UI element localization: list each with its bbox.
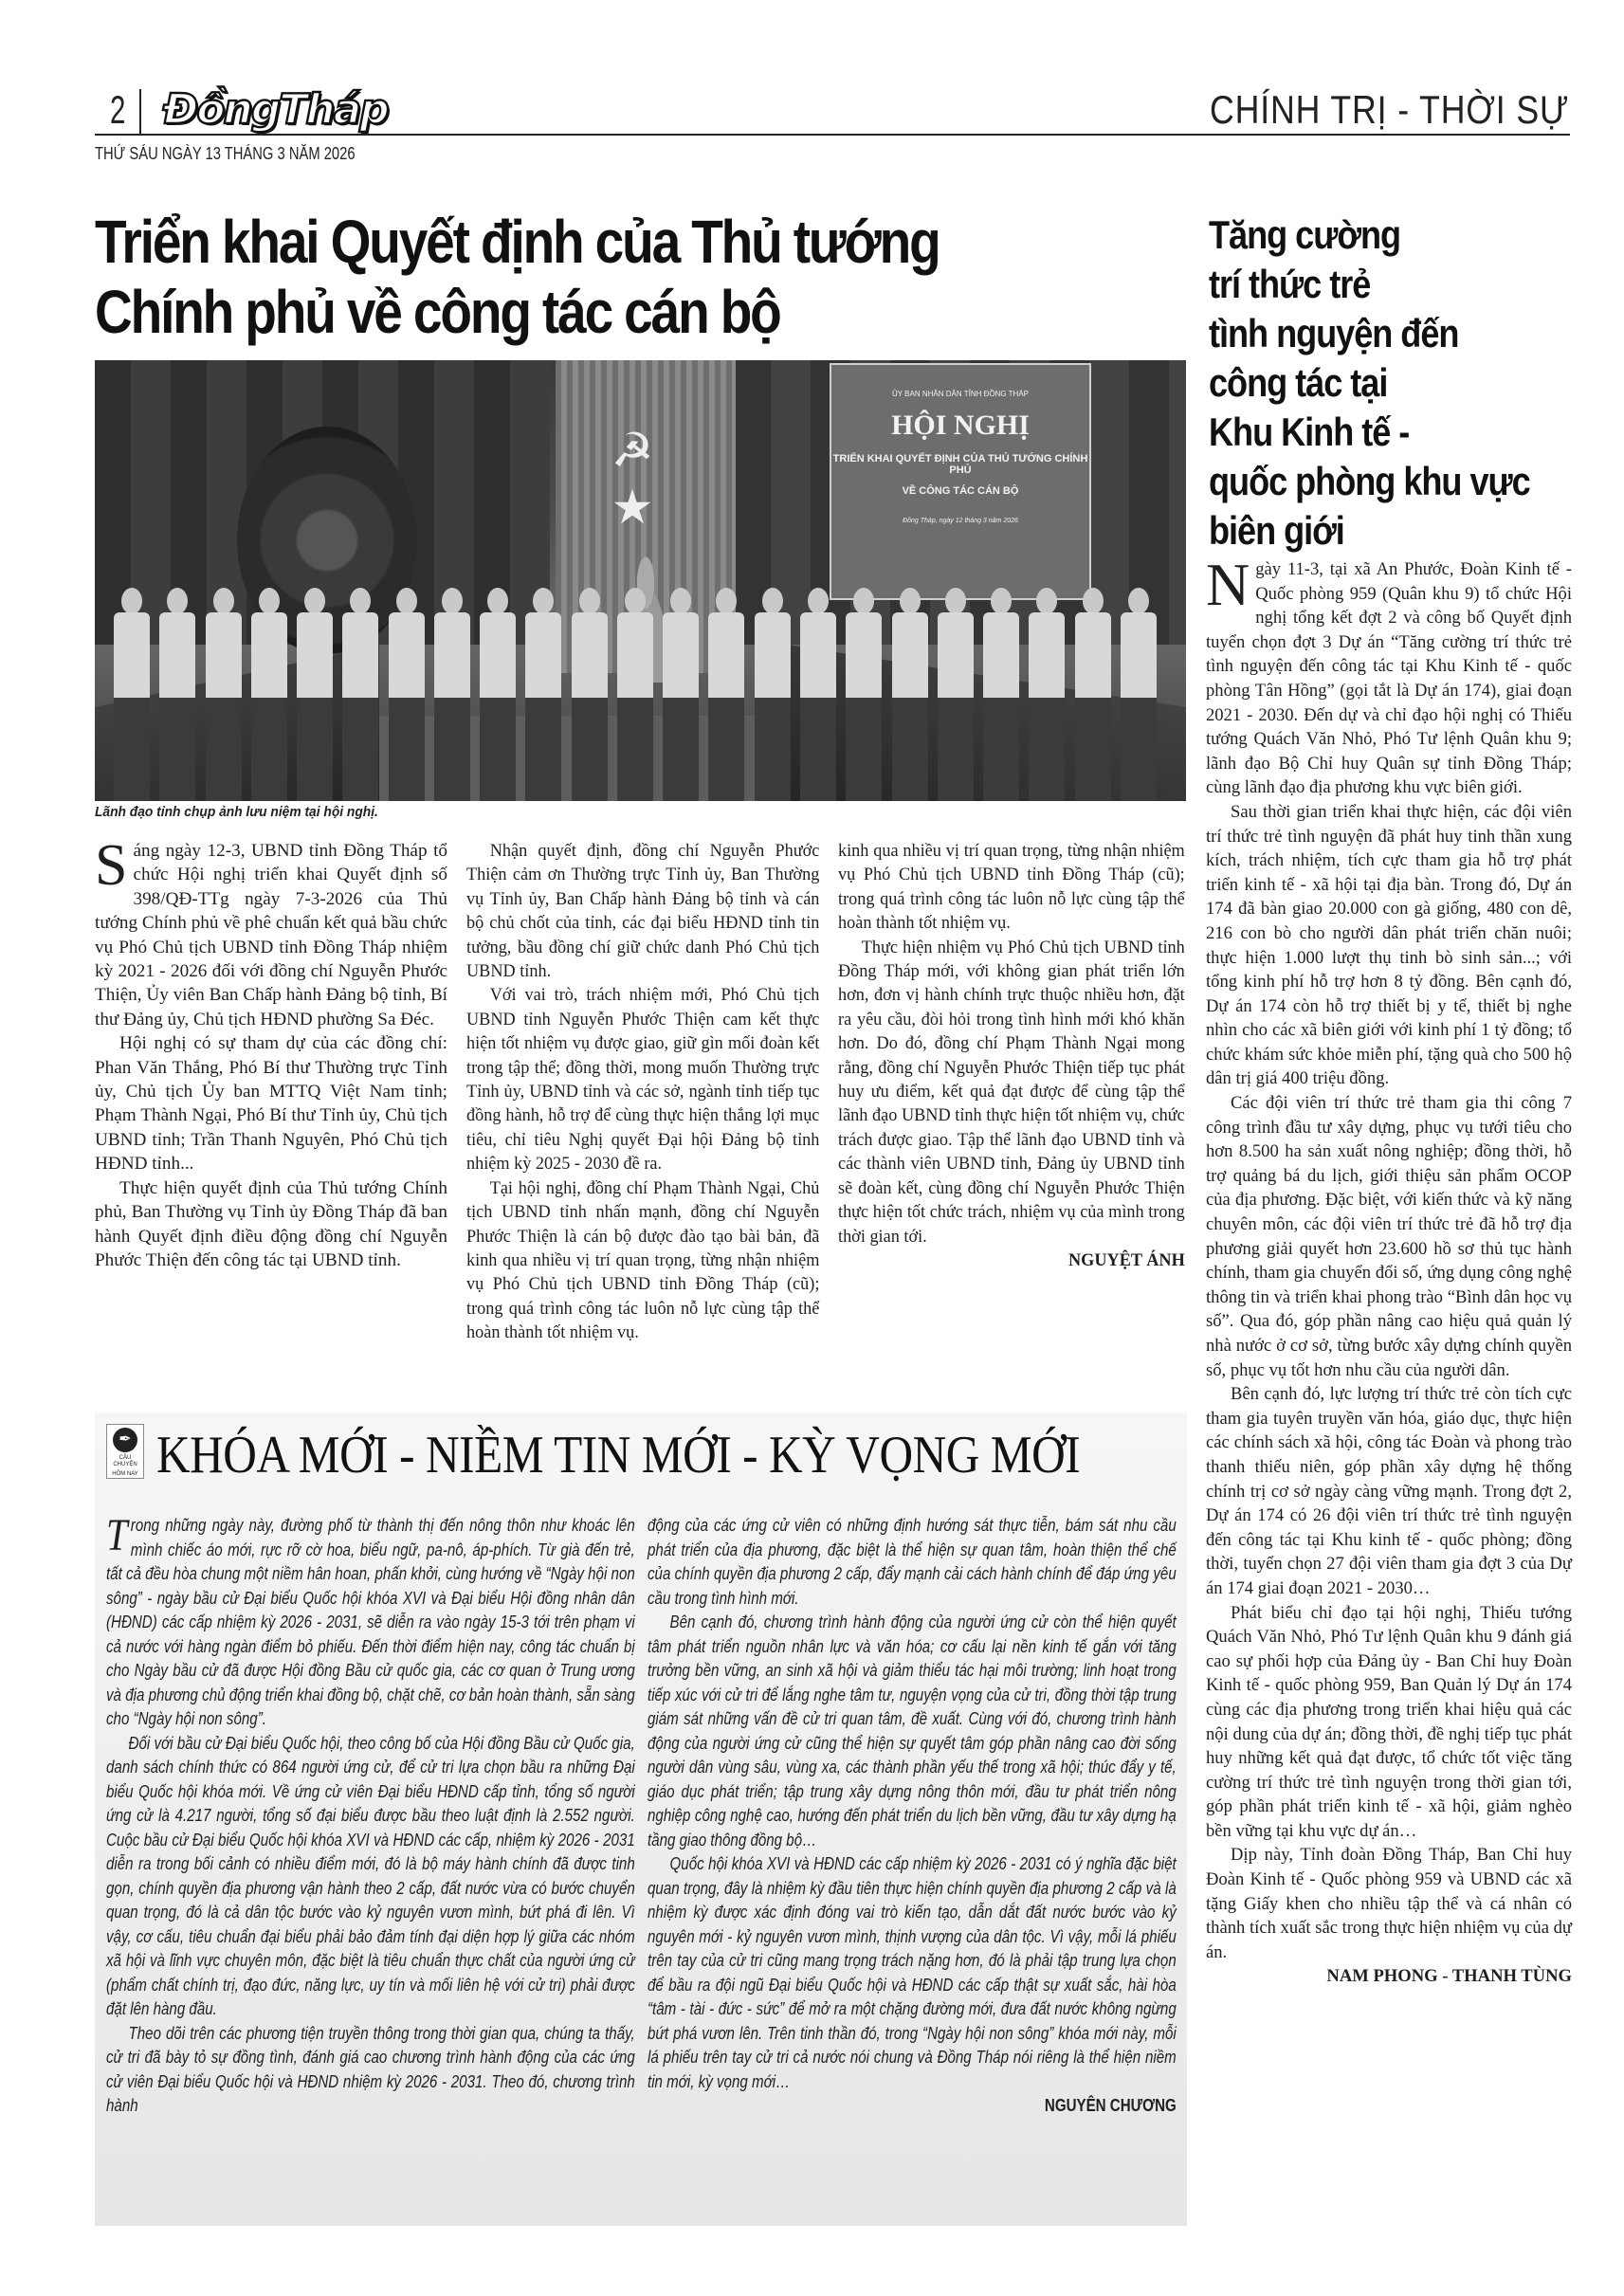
paragraph: Hội nghị có sự tham dự của các đồng chí:… <box>95 1031 447 1175</box>
opinion-title: KHÓA MỚI - NIỀM TIN MỚI - KỲ VỌNG MỚI <box>156 1427 1080 1484</box>
issue-date: THỨ SÁU NGÀY 13 THÁNG 3 NĂM 2026 <box>95 144 356 164</box>
conference-banner: ỦY BAN NHÂN DÂN TỈNH ĐỒNG THÁP HỘI NGHỊ … <box>830 363 1091 600</box>
person <box>1121 588 1157 801</box>
main-article-column-3: kinh qua nhiều vị trí quan trọng, từng n… <box>838 839 1185 1272</box>
paragraph: Sáng ngày 12-3, UBND tỉnh Đồng Tháp tổ c… <box>95 839 447 1031</box>
paragraph: Thực hiện nhiệm vụ Phó Chủ tịch UBND tỉn… <box>838 936 1185 1248</box>
page-number: 2 <box>110 87 125 133</box>
paragraph: Nhận quyết định, đồng chí Nguyễn Phước T… <box>466 839 819 983</box>
paragraph: kinh qua nhiều vị trí quan trọng, từng n… <box>838 839 1185 936</box>
main-article-column-1: Sáng ngày 12-3, UBND tỉnh Đồng Tháp tổ c… <box>95 839 447 1272</box>
globe-pen-icon: ✒ <box>113 1428 137 1452</box>
paragraph: Bên cạnh đó, chương trình hành động của … <box>648 1611 1177 1852</box>
column-logo: ✒ CÂU CHUYỆN HÔM NAY <box>106 1424 144 1479</box>
section-name: CHÍNH TRỊ - THỜI SỰ <box>1210 87 1569 133</box>
paragraph: Quốc hội khóa XVI và HĐND các cấp nhiệm … <box>648 1852 1177 2094</box>
party-emblem-icon: ☭ ★ <box>580 422 703 479</box>
paragraph: Dịp này, Tỉnh đoàn Đồng Tháp, Ban Chỉ hu… <box>1206 1843 1572 1964</box>
main-headline-line1: Triển khai Quyết định của Thủ tướng <box>95 208 940 276</box>
person <box>480 588 516 801</box>
main-headline: Triển khai Quyết định của Thủ tướng Chín… <box>95 207 1032 347</box>
paragraph: Phát biểu chỉ đạo tại hội nghị, Thiếu tư… <box>1206 1601 1572 1844</box>
person <box>708 588 744 801</box>
paragraph: Ngày 11-3, tại xã An Phước, Đoàn Kinh tế… <box>1206 557 1572 800</box>
paragraph: Các đội viên trí thức trẻ tham gia thi c… <box>1206 1091 1572 1382</box>
person <box>755 588 791 801</box>
drop-cap: T <box>106 1516 127 1556</box>
person <box>1075 588 1111 801</box>
byline: NGUYÊN CHƯƠNG <box>648 2094 1177 2119</box>
person <box>297 588 333 801</box>
banner-title: HỘI NGHỊ <box>831 410 1089 442</box>
photo-people-group <box>114 588 1157 801</box>
person <box>206 588 242 801</box>
person <box>938 588 974 801</box>
main-article-column-2: Nhận quyết định, đồng chí Nguyễn Phước T… <box>466 839 819 1344</box>
paragraph: Đối với bầu cử Đại biểu Quốc hội, theo c… <box>106 1732 635 2022</box>
paragraph: Tại hội nghị, đồng chí Phạm Thành Ngại, … <box>466 1176 819 1344</box>
side-article-body: Ngày 11-3, tại xã An Phước, Đoàn Kinh tế… <box>1206 557 1572 1989</box>
opinion-column-1: Trong những ngày này, đường phố từ thành… <box>106 1514 635 2119</box>
person <box>525 588 561 801</box>
person <box>663 588 699 801</box>
paragraph: Theo dõi trên các phương tiện truyền thô… <box>106 2022 635 2119</box>
person <box>114 588 150 801</box>
newspaper-logo: ĐồngTháp <box>163 85 388 134</box>
person <box>159 588 195 801</box>
person <box>617 588 653 801</box>
paragraph: Với vai trò, trách nhiệm mới, Phó Chủ tị… <box>466 983 819 1175</box>
paragraph: động của các ứng cử viên có những định h… <box>648 1514 1177 1611</box>
side-headline: Tăng cường trí thức trẻ tình nguyện đến … <box>1209 210 1535 556</box>
banner-date: Đồng Tháp, ngày 12 tháng 3 năm 2026 <box>831 518 1089 524</box>
header-divider <box>139 89 141 135</box>
paragraph: Trong những ngày này, đường phố từ thành… <box>106 1514 635 1732</box>
header-rule <box>95 134 1570 136</box>
person <box>251 588 287 801</box>
person <box>342 588 378 801</box>
photo-caption: Lãnh đạo tỉnh chụp ảnh lưu niệm tại hội … <box>95 804 378 820</box>
conference-photo: ☭ ★ ỦY BAN NHÂN DÂN TỈNH ĐỒNG THÁP HỘI N… <box>95 360 1186 801</box>
byline: NGUYỆT ÁNH <box>838 1248 1185 1272</box>
person <box>892 588 928 801</box>
main-headline-line2: Chính phủ về công tác cán bộ <box>95 278 780 346</box>
drop-cap: N <box>1206 561 1250 609</box>
banner-line1: TRIỂN KHAI QUYẾT ĐỊNH CỦA THỦ TƯỚNG CHÍN… <box>831 453 1089 476</box>
person <box>434 588 470 801</box>
drop-cap: S <box>95 843 127 888</box>
banner-org: ỦY BAN NHÂN DÂN TỈNH ĐỒNG THÁP <box>831 390 1089 398</box>
paragraph: Sau thời gian triển khai thực hiện, các … <box>1206 800 1572 1091</box>
person <box>389 588 425 801</box>
person <box>572 588 608 801</box>
paragraph: Bên cạnh đó, lực lượng trí thức trẻ còn … <box>1206 1382 1572 1600</box>
person <box>800 588 836 801</box>
banner-line2: VỀ CÔNG TÁC CÁN BỘ <box>831 485 1089 497</box>
byline: NAM PHONG - THANH TÙNG <box>1206 1964 1572 1989</box>
person <box>846 588 882 801</box>
paragraph: Thực hiện quyết định của Thủ tướng Chính… <box>95 1176 447 1273</box>
opinion-column-2: động của các ứng cử viên có những định h… <box>648 1514 1177 2119</box>
person <box>983 588 1019 801</box>
person <box>1029 588 1065 801</box>
